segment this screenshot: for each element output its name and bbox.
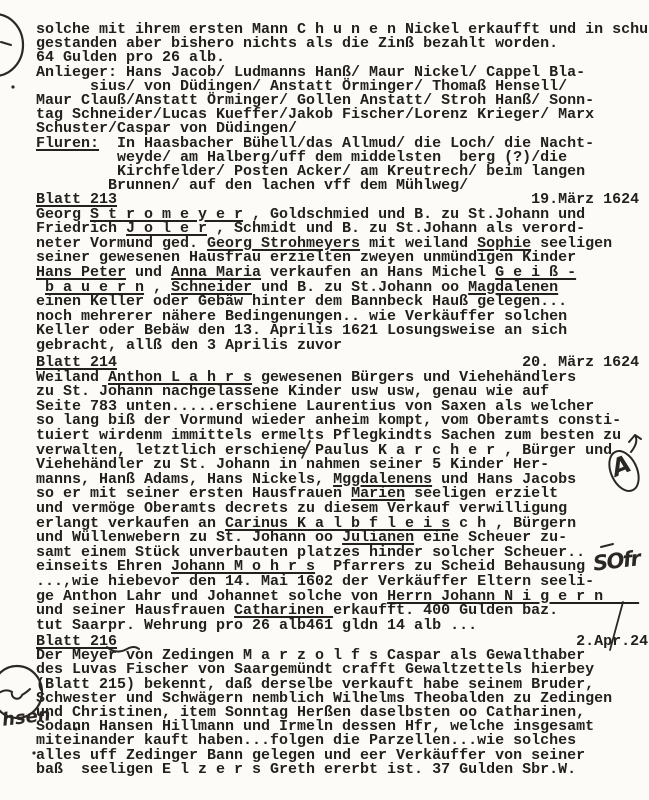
section-intro-text: solche mit ihrem ersten Mann C h u n e n…: [36, 23, 649, 193]
text-segment: 2.Apr.24: [576, 633, 648, 650]
text-segment: baß seeligen E l z e r s Greth ererbt is…: [36, 761, 576, 778]
margin-circle-top-left-icon: [0, 14, 23, 76]
margin-circle-top-left-dash-icon: [1, 42, 11, 45]
section-blatt-216: Blatt 216 2.Apr.24Der Meyer von Zedingen…: [36, 635, 648, 777]
scanned-document-body: { "colors": { "paper": "#fcfbf7", "ink":…: [0, 0, 649, 800]
text-line: gebracht, allß den 3 Aprilis zuvor: [36, 339, 639, 354]
document-page: solche mit ihrem ersten Mann C h u n e n…: [0, 0, 649, 800]
text-line: baß seeligen E l z e r s Greth ererbt is…: [36, 763, 648, 777]
text-segment: gebracht, allß den 3 Aprilis zuvor: [36, 337, 342, 354]
margin-circle-squiggle-icon: [0, 689, 30, 699]
text-line: tut Saarpr. Wehrung pro 26 alb461 gldn 1…: [36, 619, 639, 634]
section-blatt-214: Blatt 214 20. März 1624Weiland Anthon L …: [36, 356, 639, 633]
section-blatt-213: Blatt 213 19.März 1624Georg S t r o m e …: [36, 193, 639, 354]
text-segment: tut Saarpr. Wehrung pro 26 alb461 gldn 1…: [36, 617, 477, 634]
margin-dot-icon: [11, 85, 14, 88]
